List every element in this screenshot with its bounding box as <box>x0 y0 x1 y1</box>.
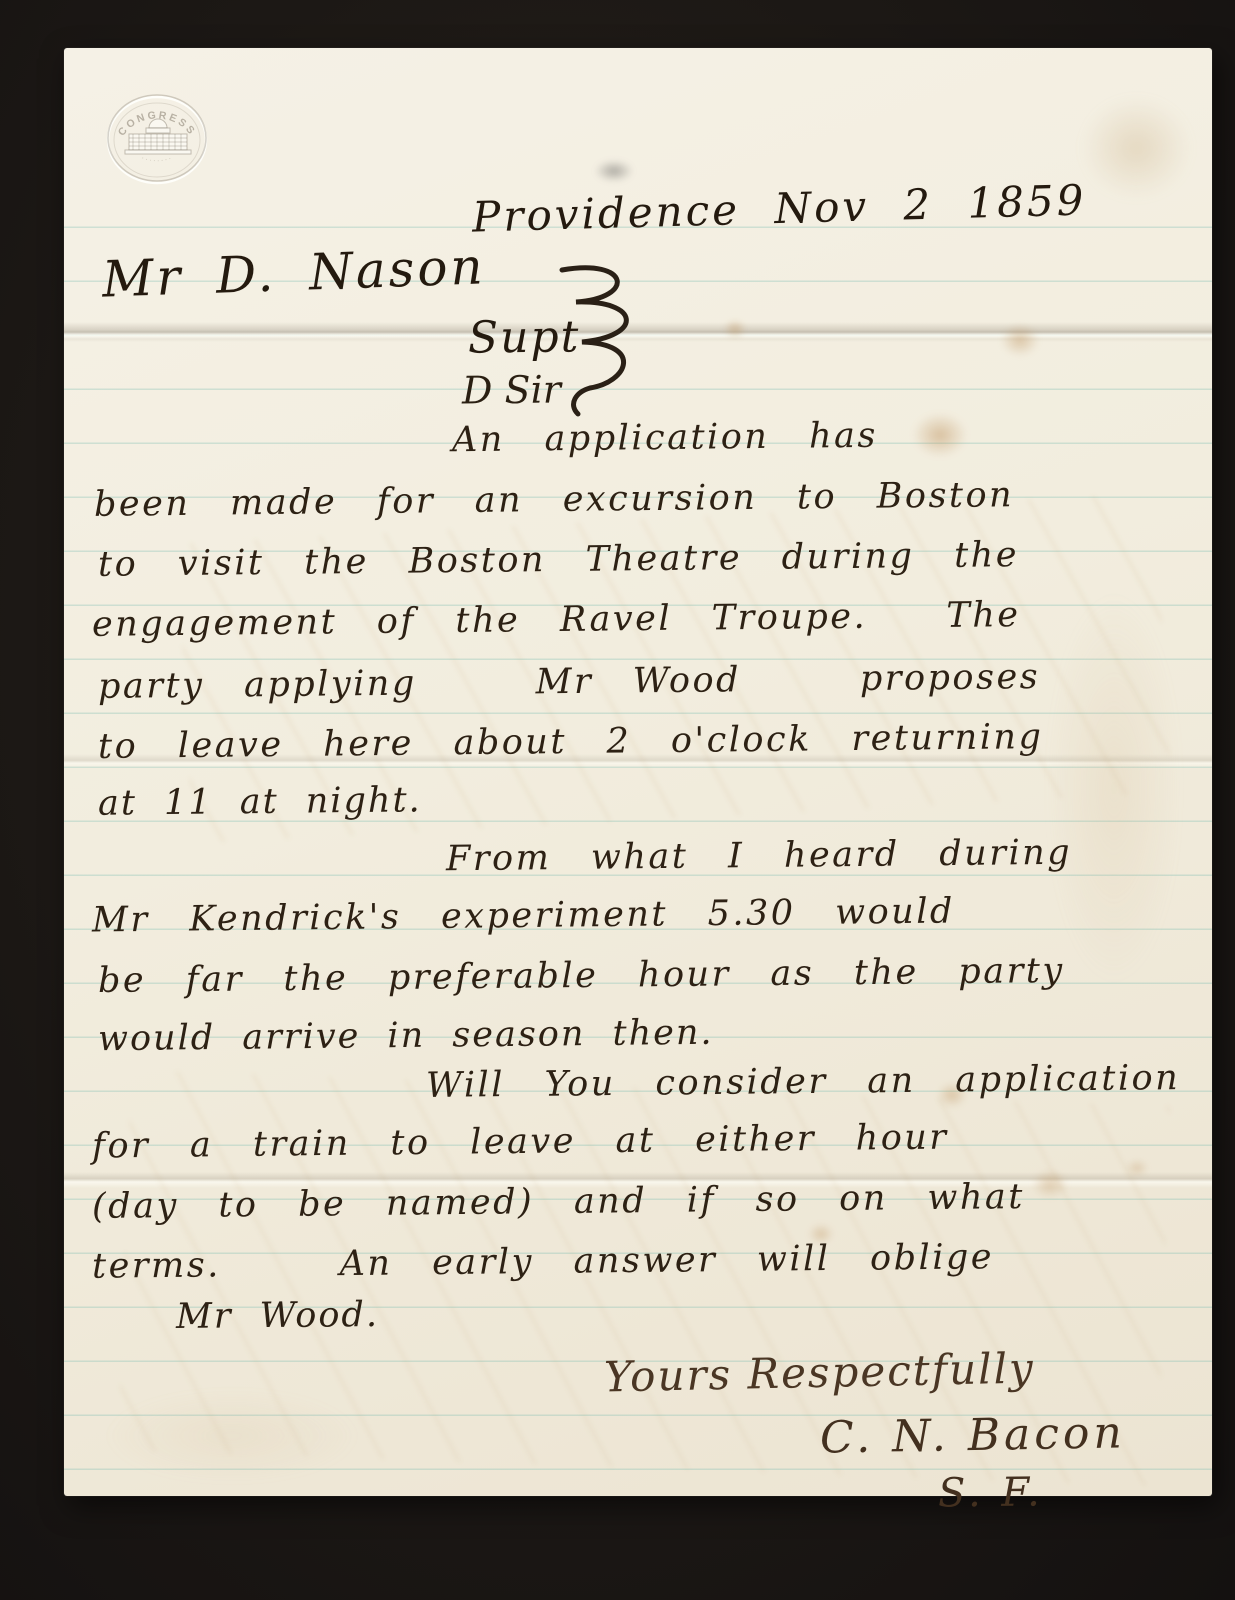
signature: C. N. Bacon <box>820 1407 1127 1463</box>
body-line: would arrive in season then. <box>98 1013 714 1059</box>
body-line: for a train to leave at either hour <box>92 1118 949 1167</box>
body-line: engagement of the Ravel Troupe. The <box>92 595 1021 645</box>
body-line: to leave here about 2 o'clock returning <box>98 717 1044 767</box>
body-line: terms. An early answer will oblige <box>92 1237 994 1286</box>
closing: Yours Respectfully <box>604 1343 1036 1401</box>
body-line: at 11 at night. <box>98 780 422 823</box>
body-line: Mr Wood. <box>176 1295 379 1337</box>
salutation: D Sir <box>462 367 561 412</box>
svg-text:········: ········ <box>140 153 174 165</box>
body-line: been made for an excursion to Boston <box>94 475 1015 525</box>
letter-page: CONGRESS ········ Providence Nov 2 1859 … <box>64 48 1212 1496</box>
ink-smudge <box>588 156 640 186</box>
seal-bottom-ornament: ········ <box>140 153 174 165</box>
dateline: Providence Nov 2 1859 <box>471 175 1087 241</box>
body-line: be far the preferable hour as the party <box>98 951 1065 1001</box>
body-line: Mr Kendrick's experiment 5.30 would <box>92 891 955 940</box>
body-line: Will You consider an application <box>426 1058 1181 1106</box>
foxing-spot <box>1122 1156 1152 1180</box>
foxing-spot <box>1026 1164 1074 1204</box>
body-line: From what I heard during <box>446 833 1072 880</box>
foxing-spot <box>902 404 978 466</box>
signature-initials: S. F. <box>938 1469 1044 1516</box>
body-line: to visit the Boston Theatre during the <box>98 535 1019 585</box>
recipient-name: Mr D. Nason <box>101 237 486 308</box>
embossed-seal: CONGRESS ········ <box>105 94 209 186</box>
foxing-spot <box>720 316 750 342</box>
body-line: party applying Mr Wood proposes <box>98 657 1041 707</box>
body-line: An application has <box>452 416 878 460</box>
body-line: (day to be named) and if so on what <box>92 1177 1025 1227</box>
foxing-spot <box>994 318 1046 362</box>
